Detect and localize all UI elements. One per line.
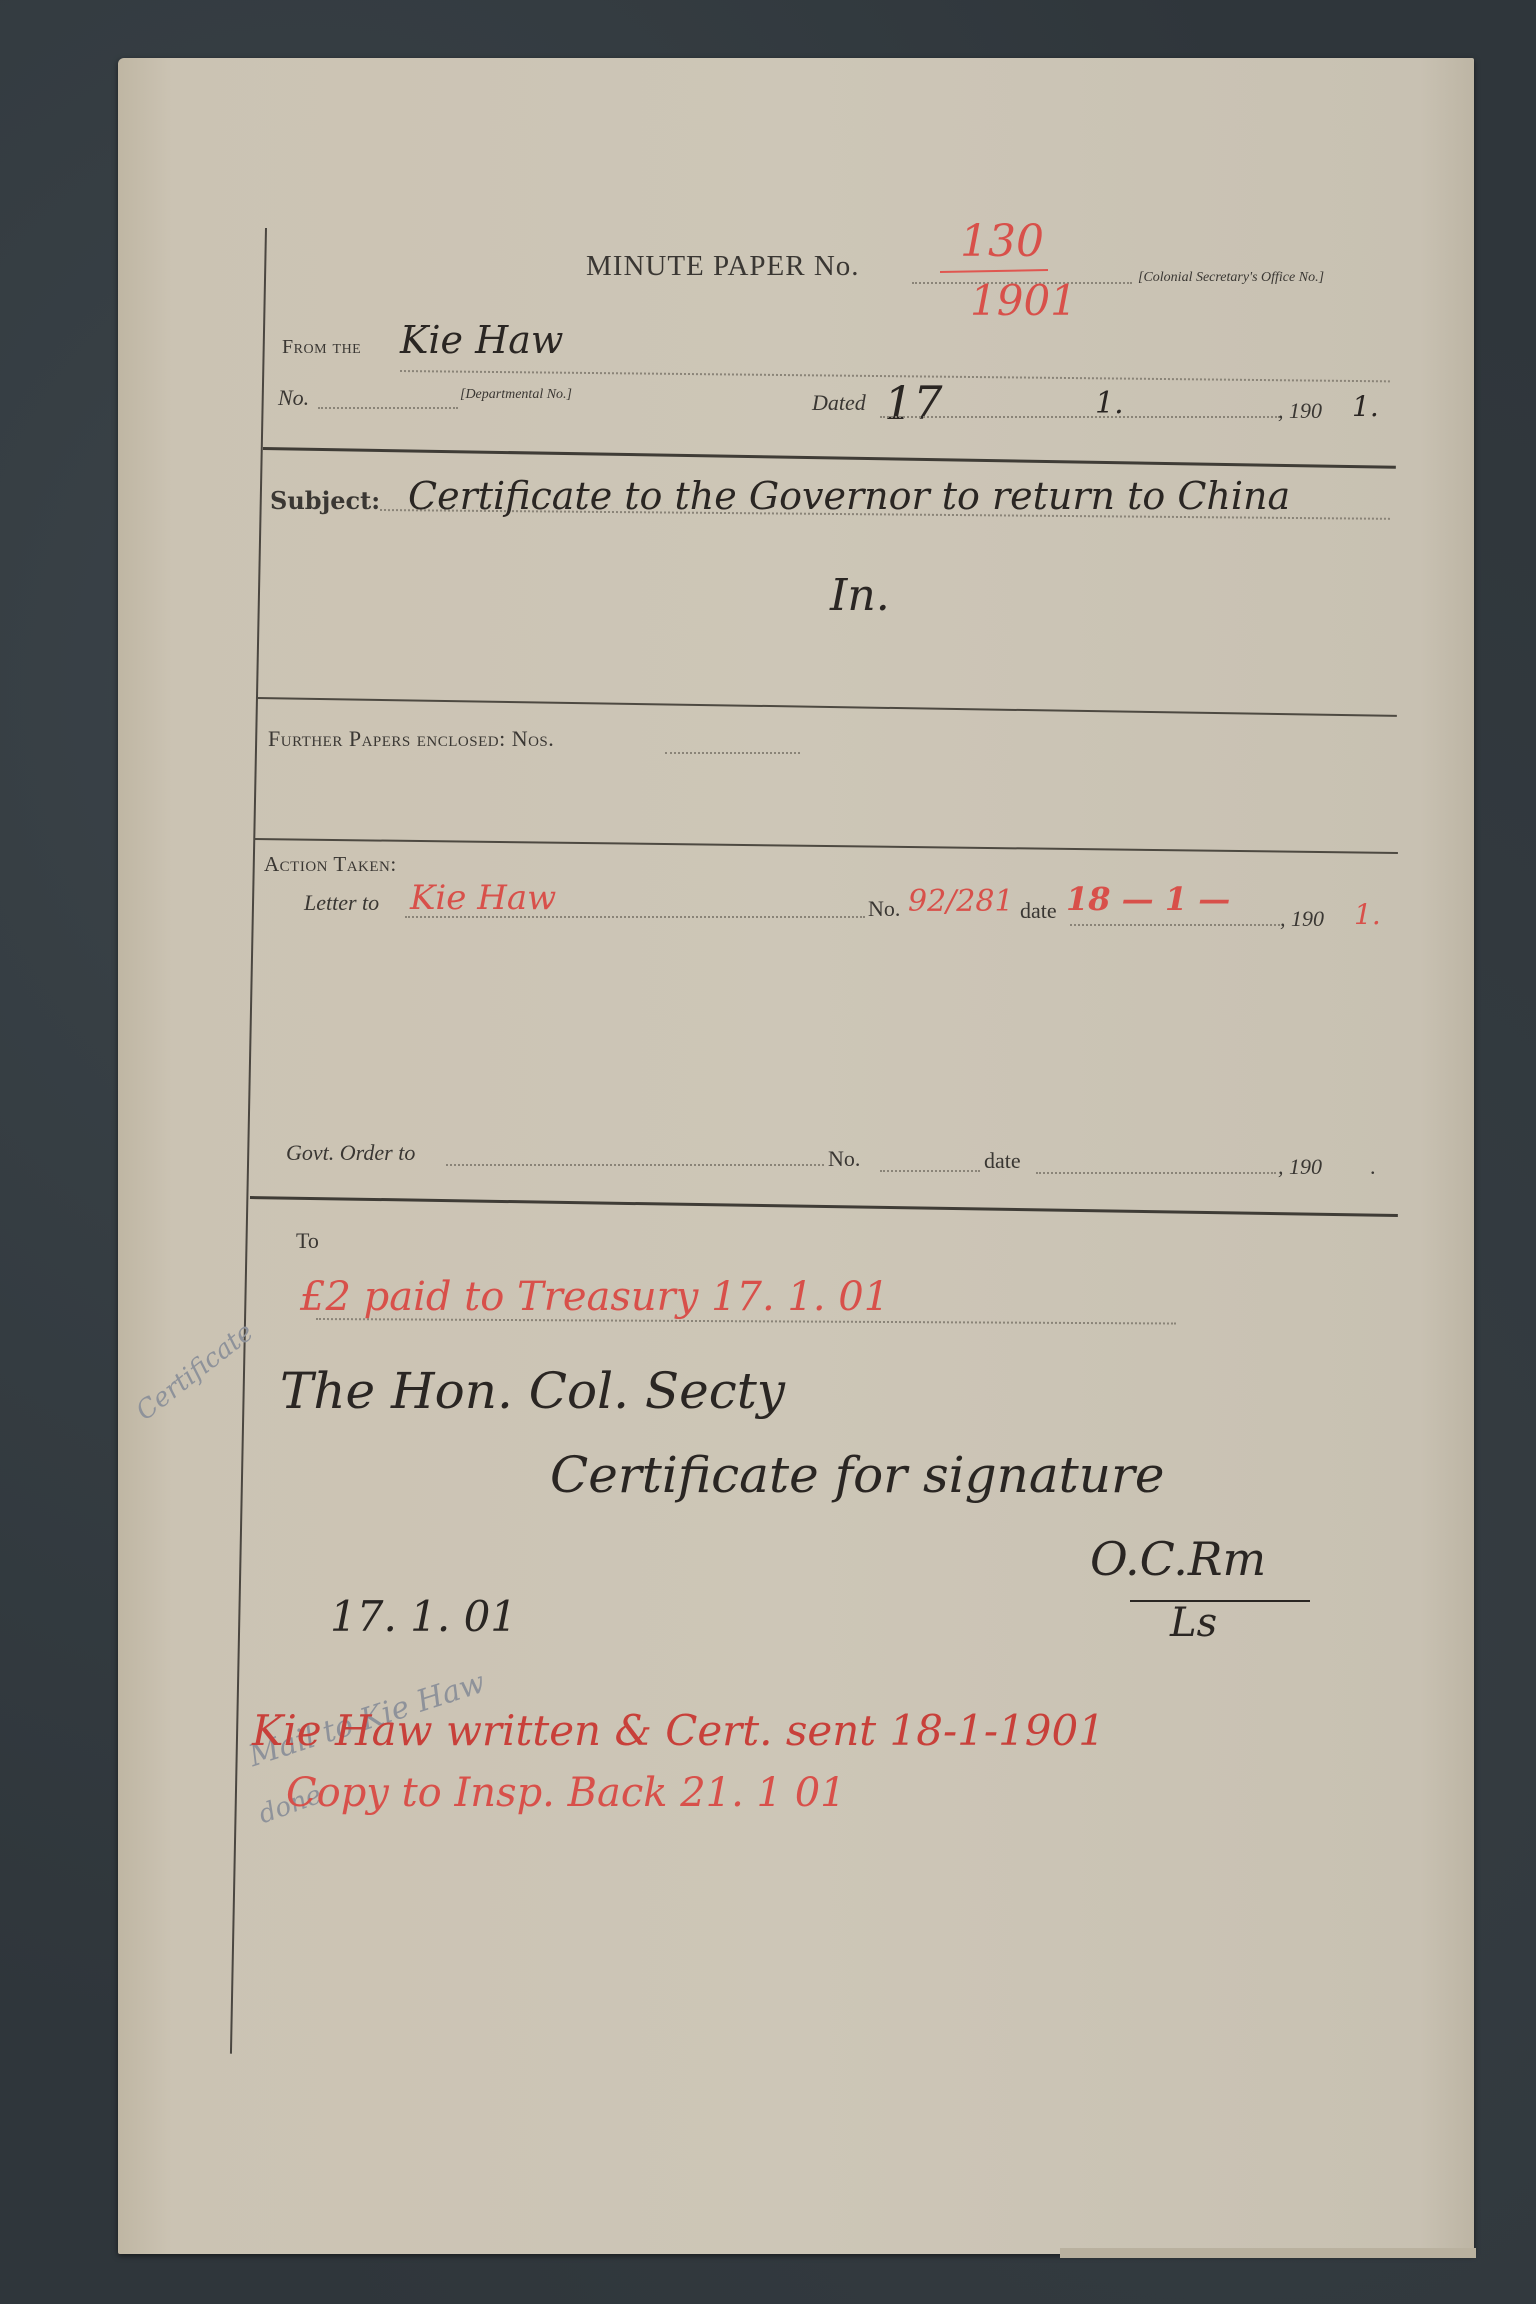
minute-paper-number-bottom: 1901 [970,276,1077,325]
colonial-office-note: [Colonial Secretary's Office No.] [1138,270,1324,286]
action-year-prefix: , 190 [1280,906,1324,932]
further-papers-dots [665,752,800,754]
action-taken-label: Action Taken: [264,852,397,877]
signature-underline [1130,1600,1310,1602]
dept-no-label: No. [278,385,309,411]
minute-paper-title: MINUTE PAPER No. [586,250,860,283]
govt-date-label: date [984,1148,1021,1174]
action-date-value: 18 — 1 — [1066,880,1230,918]
govt-year: , 190 [1278,1154,1322,1180]
govt-date-dots [1036,1172,1276,1174]
dated-month: 1. [1095,386,1124,421]
dept-no-note: [Departmental No.] [460,387,572,403]
action-date-label: date [1020,898,1057,924]
dept-no-dots [318,407,458,409]
copy-note: Copy to Insp. Back 21. 1 01 [286,1770,846,1816]
letter-to-dots [405,916,865,918]
action-date-dots [1070,924,1280,926]
dated-year-suffix: 1. [1352,390,1379,423]
treasury-payment-note: £2 paid to Treasury 17. 1. 01 [300,1274,889,1320]
subject-line-1: Certificate to the Governor to return to… [408,474,1290,518]
from-label: From the [282,336,361,359]
further-papers-label: Further Papers enclosed: Nos. [268,726,554,752]
written-cert-note: Kie Haw written & Cert. sent 18-1-1901 [252,1706,1105,1755]
action-no-value: 92/281 [908,884,1014,919]
letter-to-label: Letter to [304,890,379,916]
govt-order-dots [446,1164,824,1166]
signature-under: Ls [1170,1600,1217,1646]
subject-label: Subject: [270,486,380,515]
to-label: To [296,1228,319,1254]
govt-no-dots [880,1170,980,1172]
underlying-sheet-edge [1060,2248,1476,2258]
govt-order-label: Govt. Order to [286,1140,415,1166]
from-value: Kie Haw [400,318,563,362]
action-year-suffix: 1. [1354,898,1381,931]
dated-dots [880,416,1280,418]
dated-day: 17 [884,376,943,430]
subject-line-2: In. [830,570,890,621]
dated-year-prefix: , 190 [1278,398,1322,424]
letter-to-value: Kie Haw [410,878,556,918]
addressee: The Hon. Col. Secty [280,1362,785,1420]
action-no-label: No. [868,896,900,922]
certificate-body: Certificate for signature [550,1446,1164,1504]
minute-paper-number-top: 130 [960,216,1044,267]
govt-no-label: No. [828,1146,860,1172]
signature: O.C.Rm [1090,1532,1266,1586]
minute-date: 17. 1. 01 [330,1592,517,1641]
govt-year-end: . [1370,1154,1376,1180]
dated-label: Dated [812,390,866,416]
